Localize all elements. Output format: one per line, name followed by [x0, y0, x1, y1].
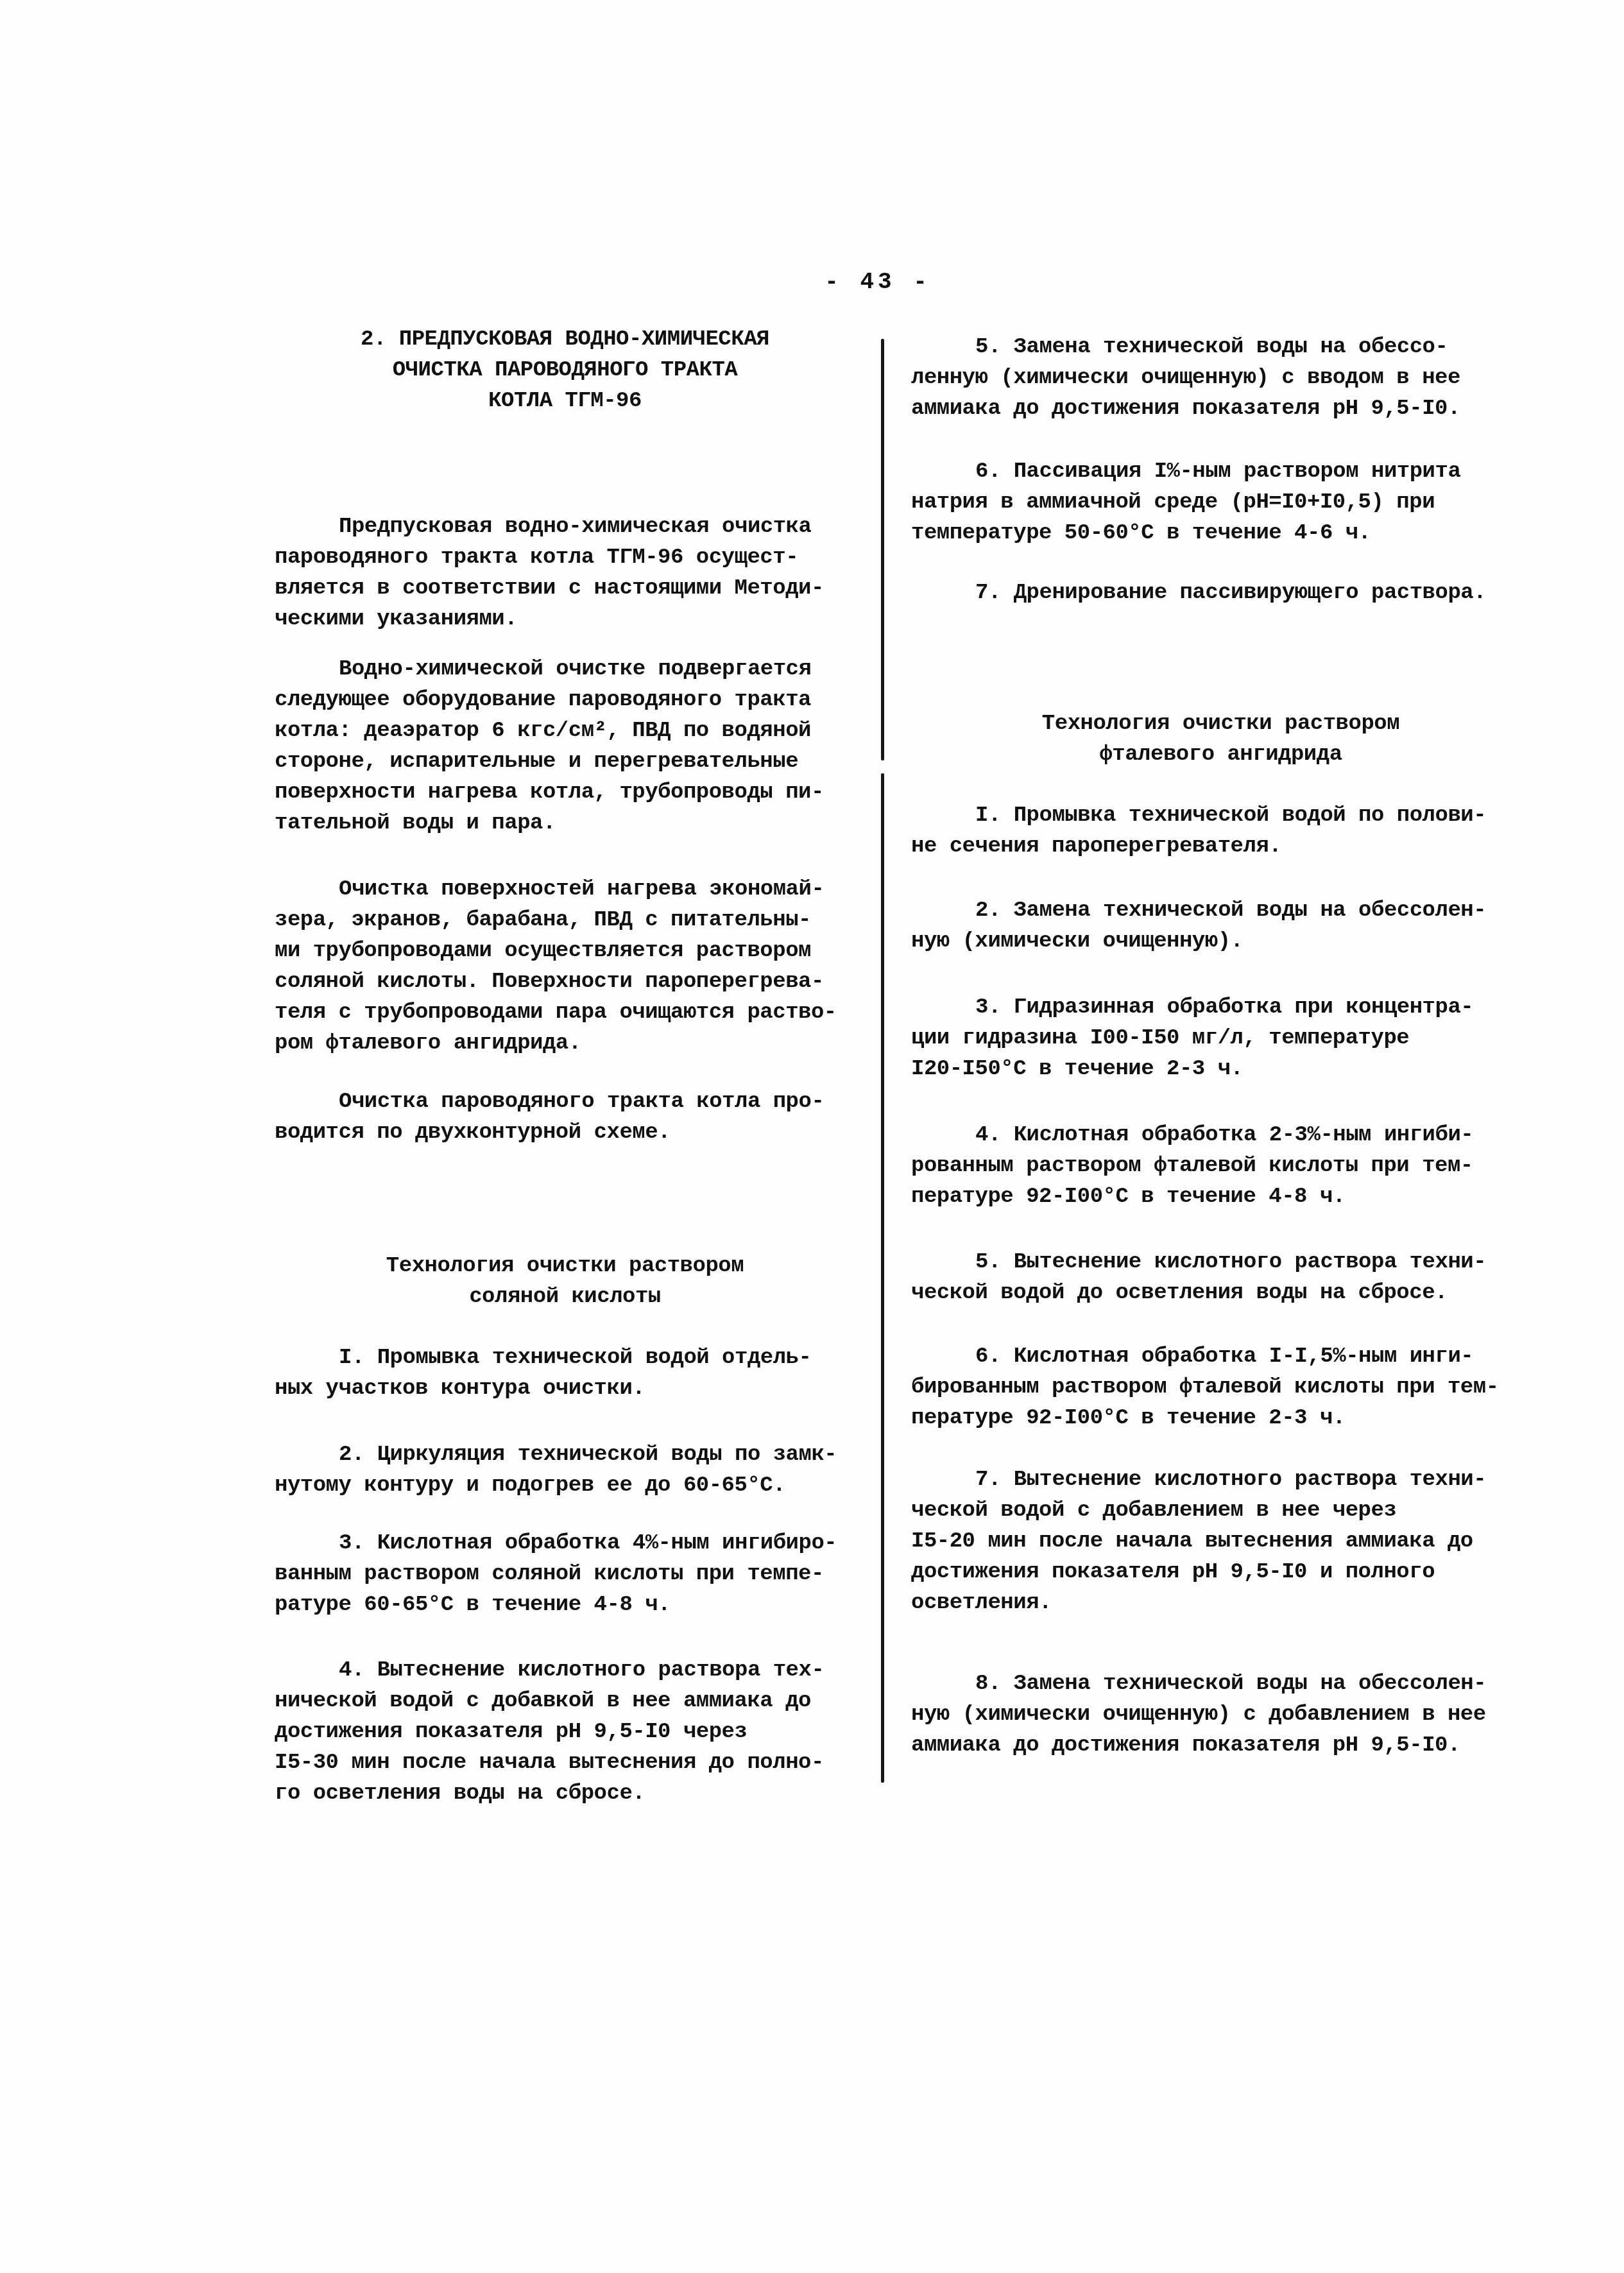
list-item: 4. Вытеснение кислотного раствора тех- н…: [275, 1655, 855, 1809]
list-item: 5. Замена технической воды на обессо- ле…: [911, 332, 1530, 424]
document-section-title: 2. ПРЕДПУСКОВАЯ ВОДНО-ХИМИЧЕСКАЯ ОЧИСТКА…: [275, 324, 855, 416]
section-heading-phthalic-anhydride: Технология очистки раствором фталевого а…: [911, 708, 1530, 770]
paragraph: Очистка пароводяного тракта котла про- в…: [275, 1086, 855, 1148]
list-item: 4. Кислотная обработка 2-3%-ным ингиби- …: [911, 1120, 1530, 1212]
list-item: 7. Дренирование пассивирующего раствора.: [911, 578, 1530, 608]
list-item: I. Промывка технической водой по полови-…: [911, 800, 1530, 862]
list-item: 6. Пассивация I%-ным раствором нитрита н…: [911, 456, 1530, 549]
scanned-document-page: - 43 - 2. ПРЕДПУСКОВАЯ ВОДНО-ХИМИЧЕСКАЯ …: [0, 0, 1624, 2273]
column-divider-lower: [881, 773, 884, 1783]
list-item: 3. Гидразинная обработка при концентра- …: [911, 992, 1530, 1085]
list-item: 8. Замена технической воды на обессолен-…: [911, 1668, 1530, 1761]
list-item: I. Промывка технической водой отдель- ны…: [275, 1342, 855, 1404]
paragraph: Очистка поверхностей нагрева экономай- з…: [275, 874, 855, 1059]
section-heading-hydrochloric-acid: Технология очистки раствором соляной кис…: [275, 1251, 855, 1312]
paragraph: Водно-химической очистке подвергается сл…: [275, 654, 855, 839]
list-item: 2. Циркуляция технической воды по замк- …: [275, 1439, 855, 1501]
list-item: 5. Вытеснение кислотного раствора техни-…: [911, 1247, 1530, 1308]
right-column: 5. Замена технической воды на обессо- ле…: [911, 324, 1530, 1761]
list-item: 7. Вытеснение кислотного раствора техни-…: [911, 1464, 1530, 1618]
column-divider-upper: [881, 339, 884, 760]
paragraph: Предпусковая водно-химическая очистка па…: [275, 511, 855, 635]
list-item: 2. Замена технической воды на обессолен-…: [911, 895, 1530, 957]
page-number: - 43 -: [825, 270, 931, 295]
list-item: 6. Кислотная обработка I-I,5%-ным инги- …: [911, 1341, 1530, 1434]
list-item: 3. Кислотная обработка 4%-ным ингибиро- …: [275, 1528, 855, 1620]
left-column: 2. ПРЕДПУСКОВАЯ ВОДНО-ХИМИЧЕСКАЯ ОЧИСТКА…: [275, 324, 855, 1809]
